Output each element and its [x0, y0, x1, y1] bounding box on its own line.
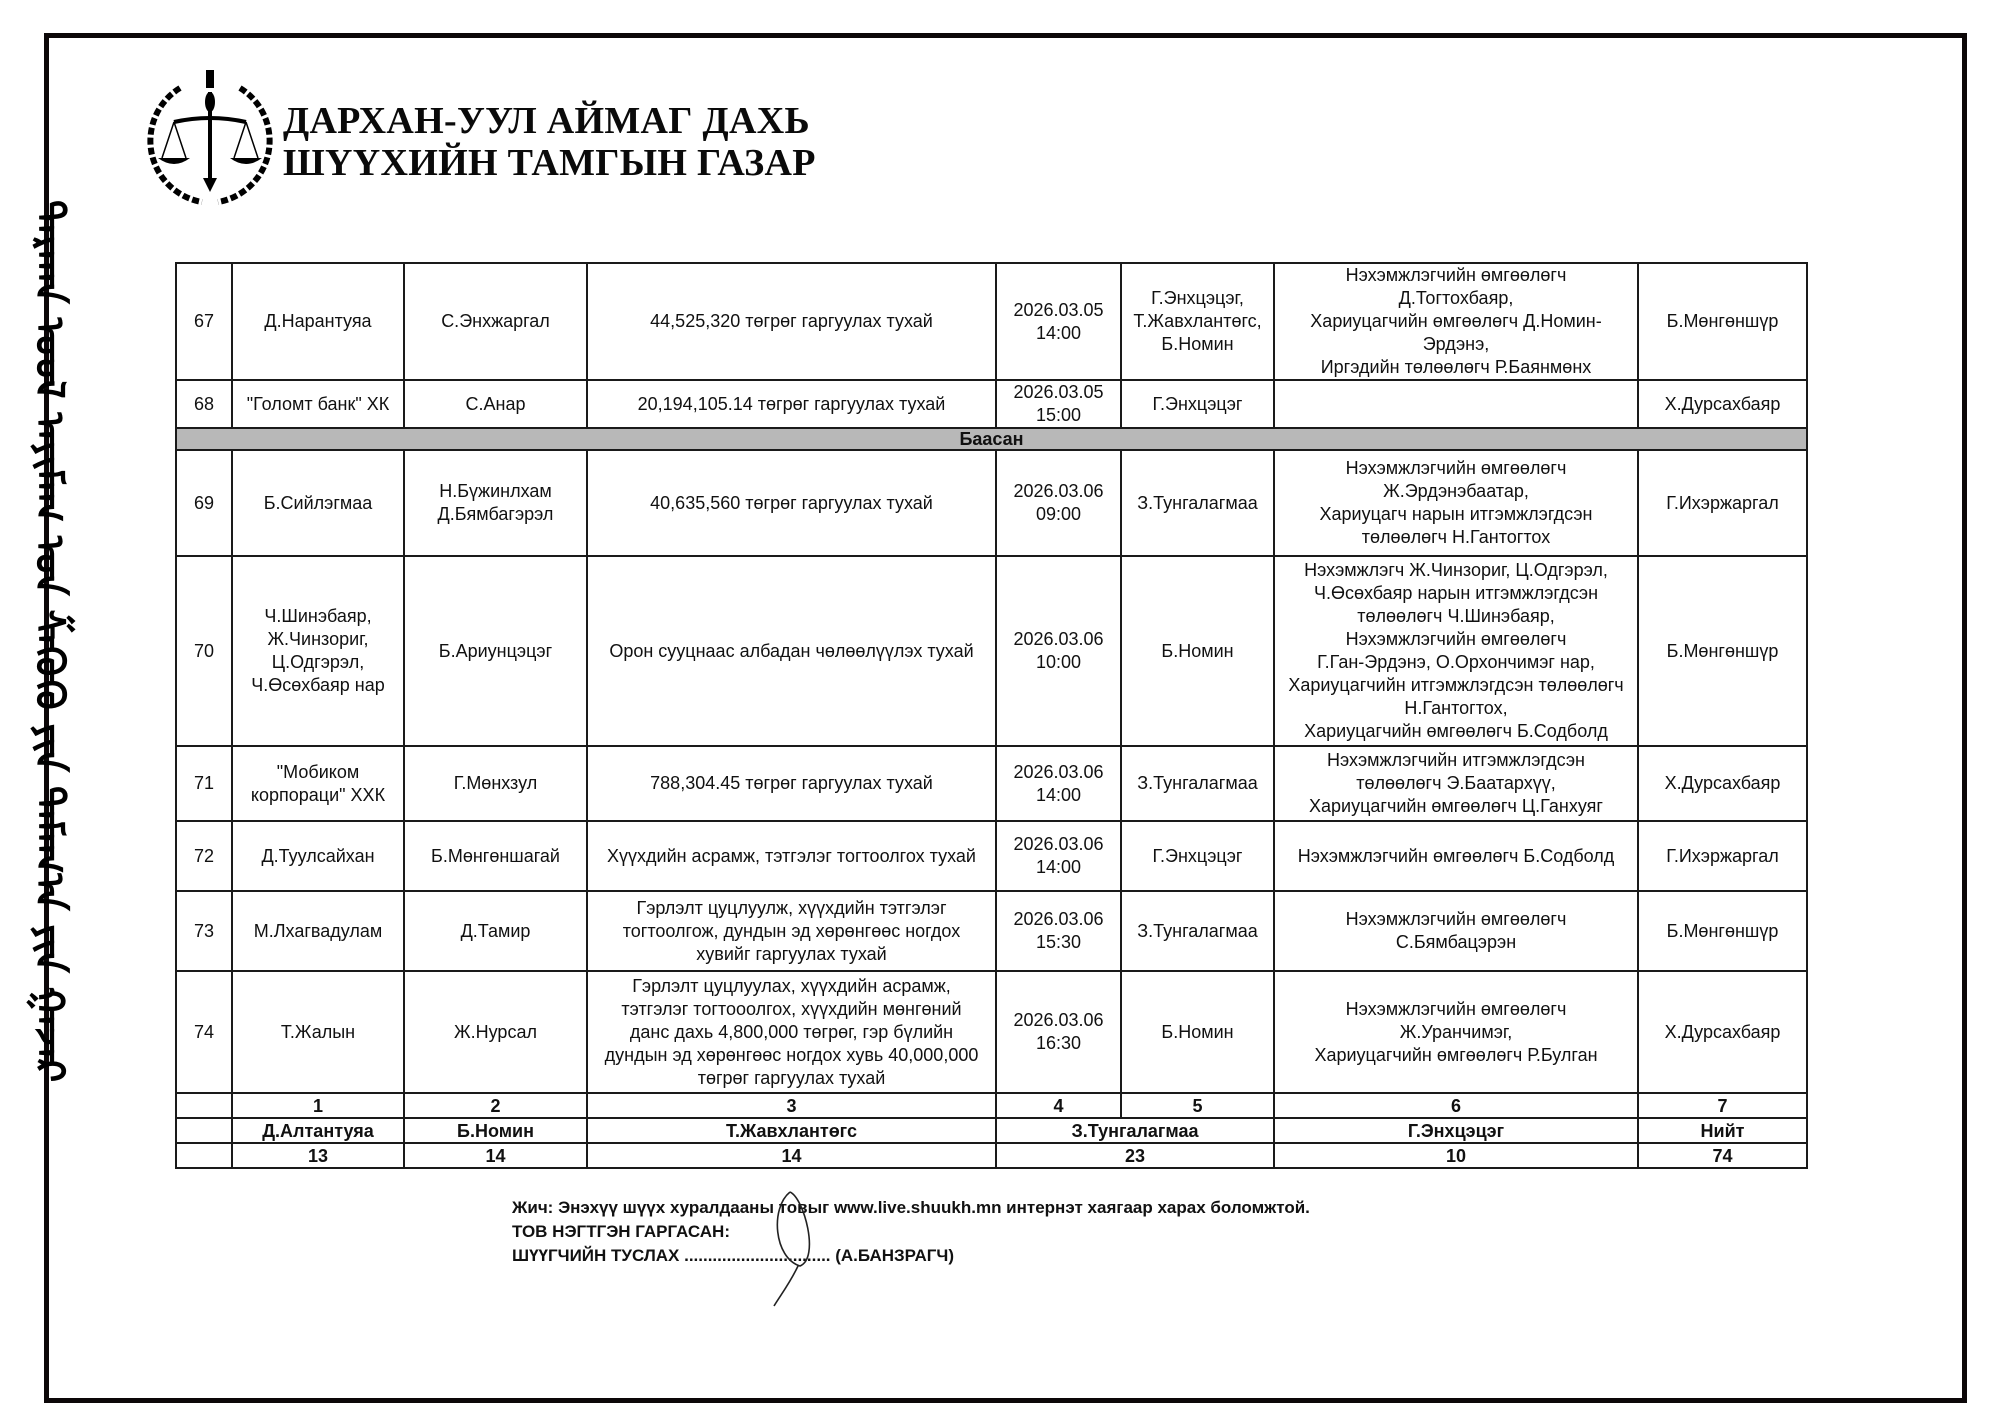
summary-count: 23 [996, 1143, 1274, 1168]
cell-claim: Гэрлэлт цуцлуулах, хүүхдийн асрамж, тэтг… [587, 971, 996, 1093]
cell-participants: Нэхэмжлэгчийн өмгөөлөгч С.Бямбацэрэн [1274, 891, 1638, 971]
summary-counts-row: 13 14 14 23 10 74 [176, 1143, 1807, 1168]
cell-no: 69 [176, 450, 232, 556]
cell-datetime: 2026.03.06 14:00 [996, 821, 1121, 891]
table-row: 72Д.ТуулсайханБ.МөнгөншагайХүүхдийн асра… [176, 821, 1807, 891]
summary-judge-name: Д.Алтантуяа [232, 1118, 404, 1143]
cell-claim: 44,525,320 төгрөг гаргуулах тухай [587, 263, 996, 380]
summary-col-number: 1 [232, 1093, 404, 1118]
cell-participants: Нэхэмжлэгчийн өмгөөлөгч Ж.Эрдэнэбаатар, … [1274, 450, 1638, 556]
cell-no: 73 [176, 891, 232, 971]
summary-count: 14 [404, 1143, 587, 1168]
summary-total-count: 74 [1638, 1143, 1807, 1168]
summary-col-number: 5 [1121, 1093, 1274, 1118]
cell-no: 71 [176, 746, 232, 821]
cell-secretary: Г.Ихэржаргал [1638, 821, 1807, 891]
cell-defendant: С.Энхжаргал [404, 263, 587, 380]
cell-plaintiff: "Голомт банк" ХК [232, 380, 404, 428]
cell-plaintiff: Ч.Шинэбаяр, Ж.Чинзориг, Ц.Одгэрэл, Ч.Өсө… [232, 556, 404, 746]
cell-datetime: 2026.03.05 15:00 [996, 380, 1121, 428]
cell-secretary: Б.Мөнгөншүр [1638, 263, 1807, 380]
table-row: 69Б.СийлэгмааН.Бүжинлхам Д.Бямбагэрэл40,… [176, 450, 1807, 556]
cell-datetime: 2026.03.06 16:30 [996, 971, 1121, 1093]
cell-judge: Г.Энхцэцэг [1121, 380, 1274, 428]
table-row: 70Ч.Шинэбаяр, Ж.Чинзориг, Ц.Одгэрэл, Ч.Ө… [176, 556, 1807, 746]
cell-defendant: Г.Мөнхзул [404, 746, 587, 821]
day-label: Баасан [176, 428, 1807, 450]
cell-no: 74 [176, 971, 232, 1093]
summary-total-label: Нийт [1638, 1118, 1807, 1143]
cell-judge: З.Тунгалагмаа [1121, 450, 1274, 556]
cell-participants: Нэхэмжлэгчийн өмгөөлөгч Д.Тогтохбаяр, Ха… [1274, 263, 1638, 380]
summary-judge-name: Г.Энхцэцэг [1274, 1118, 1638, 1143]
summary-col-number: 3 [587, 1093, 996, 1118]
cell-claim: 20,194,105.14 төгрөг гаргуулах тухай [587, 380, 996, 428]
cell-judge: Б.Номин [1121, 971, 1274, 1093]
summary-count: 10 [1274, 1143, 1638, 1168]
cell-judge: Г.Энхцэцэг, Т.Жавхлантөгс, Б.Номин [1121, 263, 1274, 380]
cell-judge: З.Тунгалагмаа [1121, 891, 1274, 971]
day-separator-row: Баасан [176, 428, 1807, 450]
organization-title: ДАРХАН-УУЛ АЙМАГ ДАХЬ ШҮҮХИЙН ТАМГЫН ГАЗ… [283, 100, 816, 184]
cell-plaintiff: Б.Сийлэгмаа [232, 450, 404, 556]
table-row: 68"Голомт банк" ХКС.Анар20,194,105.14 тө… [176, 380, 1807, 428]
cell-participants: Нэхэмжлэгчийн өмгөөлөгч Б.Содболд [1274, 821, 1638, 891]
summary-col-number: 7 [1638, 1093, 1807, 1118]
cell-participants [1274, 380, 1638, 428]
summary-judge-name: Б.Номин [404, 1118, 587, 1143]
cell-defendant: С.Анар [404, 380, 587, 428]
cell-plaintiff: Т.Жалын [232, 971, 404, 1093]
cell-defendant: Б.Мөнгөншагай [404, 821, 587, 891]
summary-judge-name: З.Тунгалагмаа [996, 1118, 1274, 1143]
cell-claim: Орон сууцнаас албадан чөлөөлүүлэх тухай [587, 556, 996, 746]
summary-col-number: 4 [996, 1093, 1121, 1118]
hearing-schedule-table: 67Д.НарантуяаС.Энхжаргал44,525,320 төгрө… [175, 262, 1808, 1169]
summary-judge-name: Т.Жавхлантөгс [587, 1118, 996, 1143]
cell-plaintiff: М.Лхагвадулам [232, 891, 404, 971]
summary-col-number: 2 [404, 1093, 587, 1118]
cell-judge: Г.Энхцэцэг [1121, 821, 1274, 891]
footer-notes: Жич: Энэхүү шүүх хуралдааны товыг www.li… [512, 1196, 1310, 1268]
summary-judges-row: Д.Алтантуяа Б.Номин Т.Жавхлантөгс З.Тунг… [176, 1118, 1807, 1143]
cell-plaintiff: Д.Туулсайхан [232, 821, 404, 891]
cell-datetime: 2026.03.05 14:00 [996, 263, 1121, 380]
table-row: 74Т.ЖалынЖ.НурсалГэрлэлт цуцлуулах, хүүх… [176, 971, 1807, 1093]
cell-claim: Хүүхдийн асрамж, тэтгэлэг тогтоолгох тух… [587, 821, 996, 891]
cell-judge: З.Тунгалагмаа [1121, 746, 1274, 821]
cell-participants: Нэхэмжлэгчийн итгэмжлэгдсэн төлөөлөгч Э.… [1274, 746, 1638, 821]
table-row: 73М.ЛхагвадуламД.ТамирГэрлэлт цуцлуулж, … [176, 891, 1807, 971]
compiled-by-label: ТОВ НЭГТГЭН ГАРГАСАН: [512, 1220, 1310, 1244]
table-row: 71"Мобиком корпораци" ХХКГ.Мөнхзул788,30… [176, 746, 1807, 821]
cell-defendant: Н.Бүжинлхам Д.Бямбагэрэл [404, 450, 587, 556]
cell-no: 67 [176, 263, 232, 380]
cell-no: 70 [176, 556, 232, 746]
summary-col-number: 6 [1274, 1093, 1638, 1118]
cell-participants: Нэхэмжлэгч Ж.Чинзориг, Ц.Одгэрэл, Ч.Өсөх… [1274, 556, 1638, 746]
cell-datetime: 2026.03.06 14:00 [996, 746, 1121, 821]
summary-blank-cell [176, 1143, 232, 1168]
cell-plaintiff: Д.Нарантуяа [232, 263, 404, 380]
org-title-line-2: ШҮҮХИЙН ТАМГЫН ГАЗАР [283, 142, 816, 184]
summary-count: 13 [232, 1143, 404, 1168]
summary-blank-cell [176, 1118, 232, 1143]
cell-participants: Нэхэмжлэгчийн өмгөөлөгч Ж.Уранчимэг, Хар… [1274, 971, 1638, 1093]
cell-judge: Б.Номин [1121, 556, 1274, 746]
cell-secretary: Х.Дурсахбаяр [1638, 746, 1807, 821]
summary-blank-cell [176, 1093, 232, 1118]
vertical-mongolian-script: ᠳᠠᠷᠬᠠᠨ ᠤᠤᠯ ᠠᠶᠢᠮᠠᠭ ᠤᠨ ᠱᠡᠭᠦᠬᠦ ᠶᠢᠨ ᠲᠠᠮᠠᠭ᠎ᠠ … [24, 200, 74, 1160]
handwritten-signature-icon [760, 1188, 840, 1308]
cell-no: 72 [176, 821, 232, 891]
summary-column-numbers-row: 1 2 3 4 5 6 7 [176, 1093, 1807, 1118]
assistant-signature-line: ШҮҮГЧИЙН ТУСЛАХ ........................… [512, 1244, 1310, 1268]
cell-secretary: Х.Дурсахбаяр [1638, 971, 1807, 1093]
summary-count: 14 [587, 1143, 996, 1168]
cell-no: 68 [176, 380, 232, 428]
cell-claim: 788,304.45 төгрөг гаргуулах тухай [587, 746, 996, 821]
cell-secretary: Г.Ихэржаргал [1638, 450, 1807, 556]
cell-secretary: Б.Мөнгөншүр [1638, 891, 1807, 971]
cell-secretary: Х.Дурсахбаяр [1638, 380, 1807, 428]
table-row: 67Д.НарантуяаС.Энхжаргал44,525,320 төгрө… [176, 263, 1807, 380]
court-emblem-icon [140, 66, 280, 206]
cell-defendant: Ж.Нурсал [404, 971, 587, 1093]
footer-note-text: Жич: Энэхүү шүүх хуралдааны товыг www.li… [512, 1196, 1310, 1220]
cell-datetime: 2026.03.06 09:00 [996, 450, 1121, 556]
cell-claim: 40,635,560 төгрөг гаргуулах тухай [587, 450, 996, 556]
cell-plaintiff: "Мобиком корпораци" ХХК [232, 746, 404, 821]
cell-defendant: Б.Ариунцэцэг [404, 556, 587, 746]
cell-secretary: Б.Мөнгөншүр [1638, 556, 1807, 746]
cell-defendant: Д.Тамир [404, 891, 587, 971]
cell-datetime: 2026.03.06 15:30 [996, 891, 1121, 971]
cell-datetime: 2026.03.06 10:00 [996, 556, 1121, 746]
cell-claim: Гэрлэлт цуцлуулж, хүүхдийн тэтгэлэг тогт… [587, 891, 996, 971]
org-title-line-1: ДАРХАН-УУЛ АЙМАГ ДАХЬ [283, 100, 816, 142]
